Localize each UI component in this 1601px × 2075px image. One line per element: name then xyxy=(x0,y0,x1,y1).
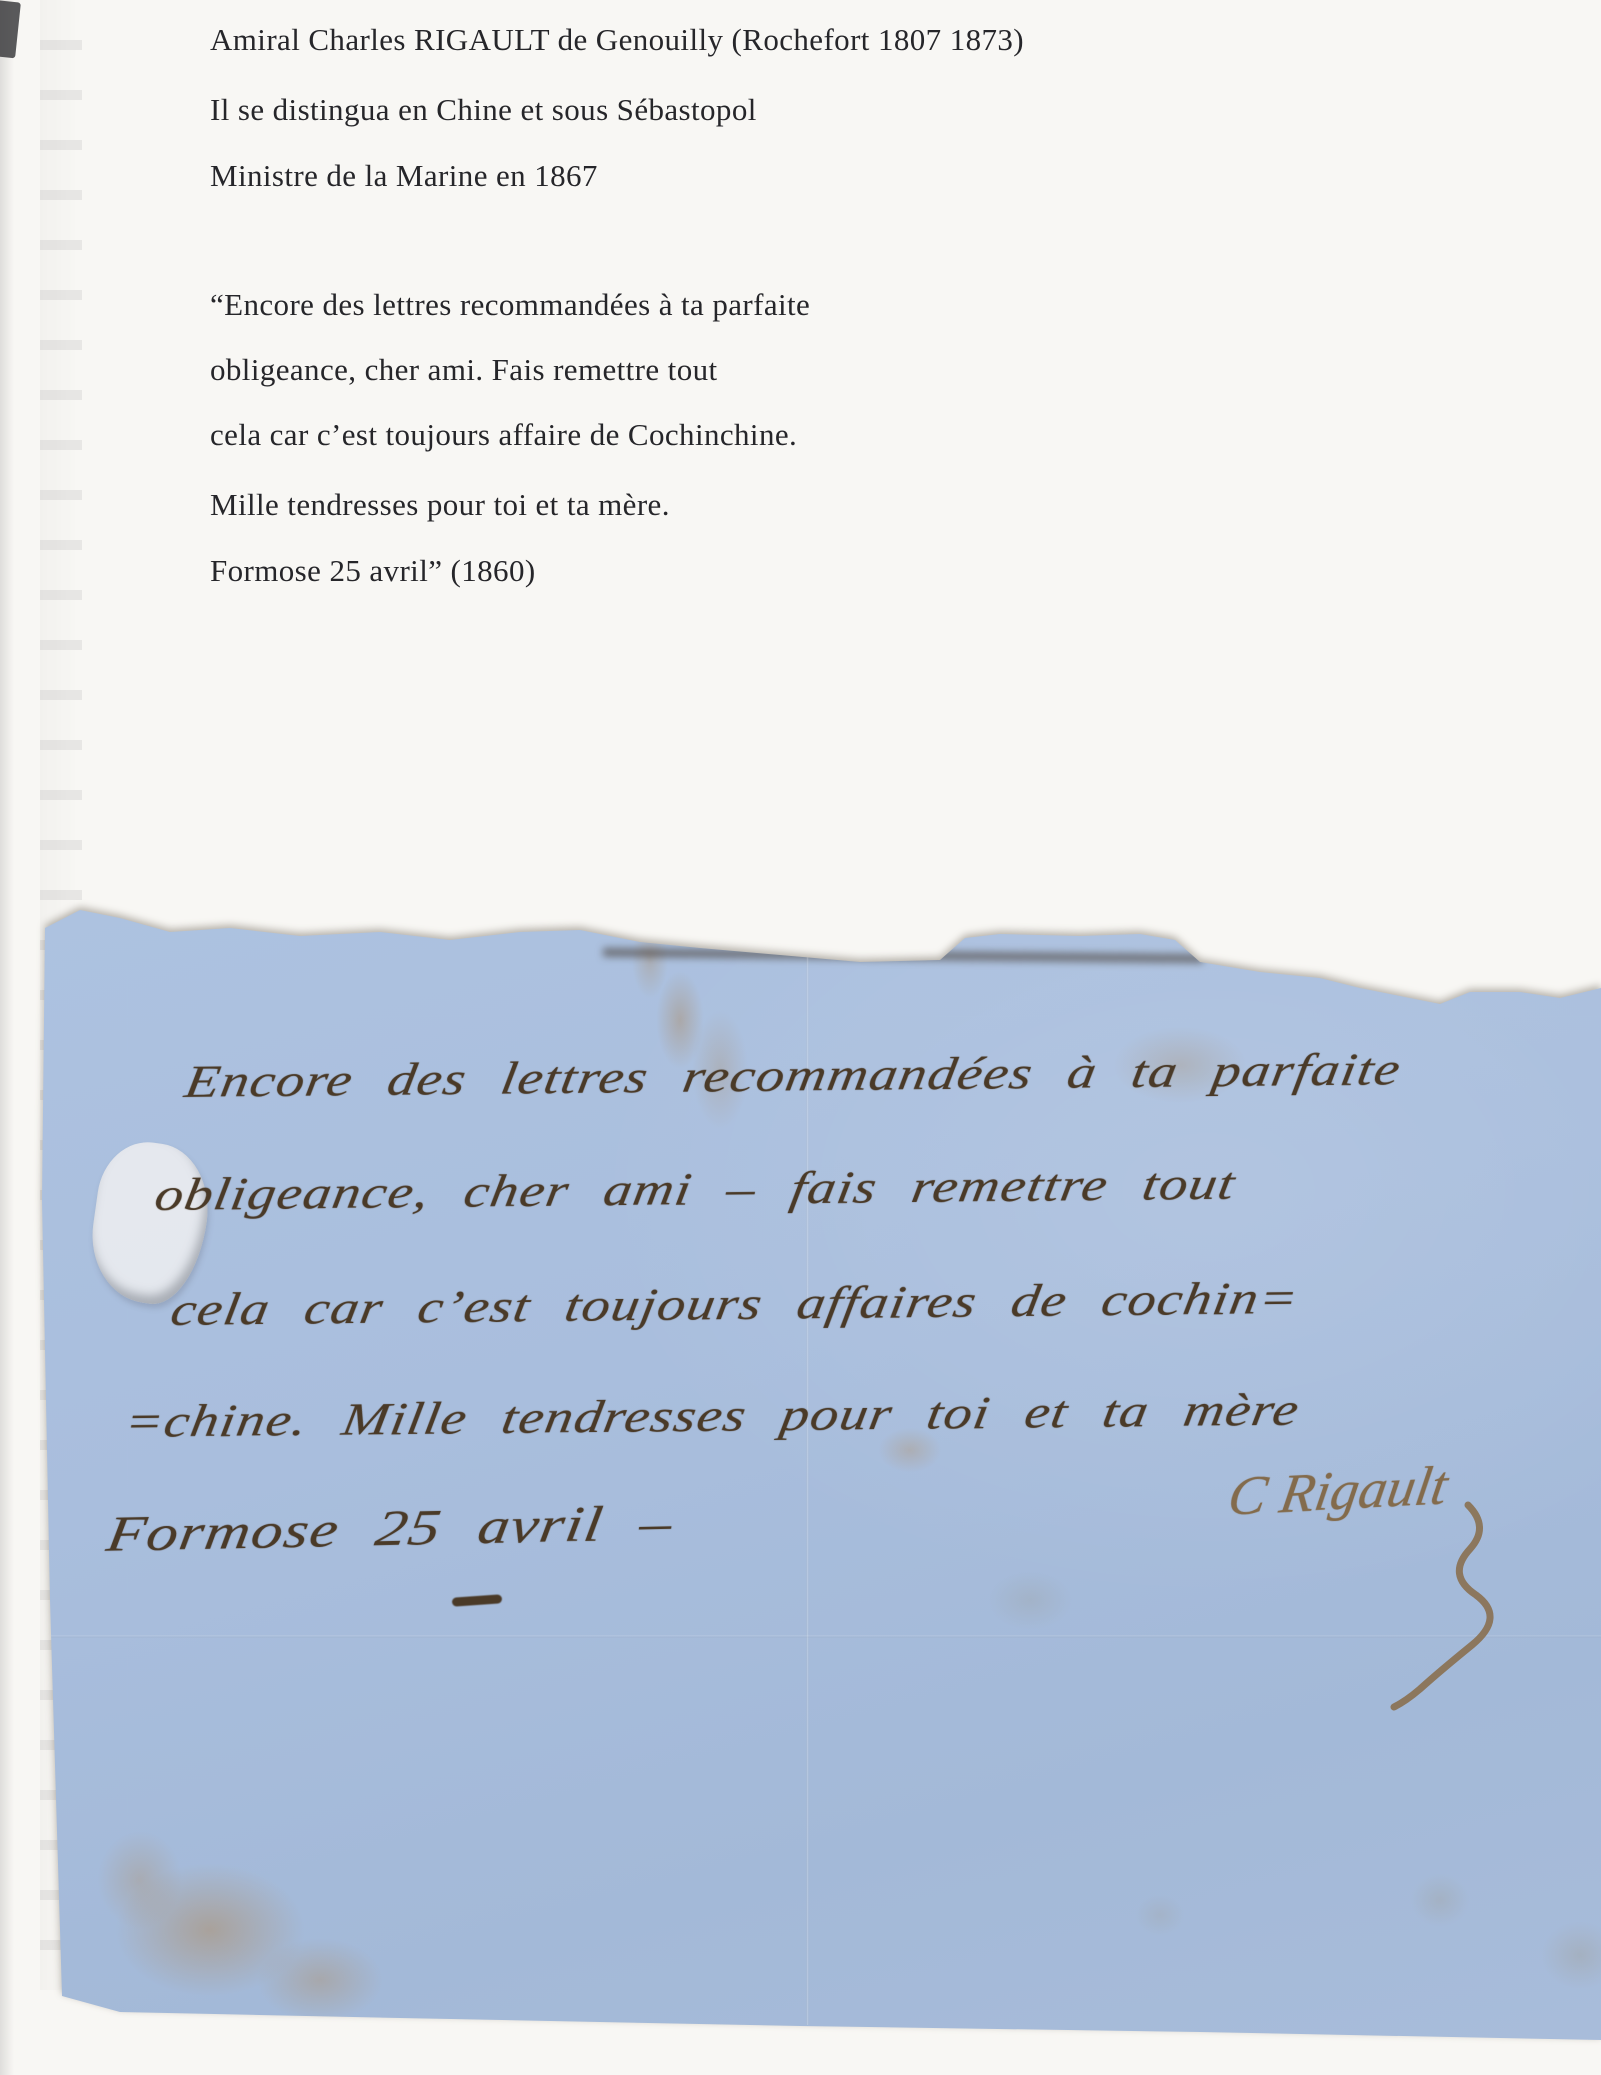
horizontal-fold-crease xyxy=(28,1635,1601,1638)
manuscript-blue-paper: Encore des lettres recommandées à ta par… xyxy=(28,905,1601,2045)
signature-flourish xyxy=(1378,1500,1558,1730)
handwritten-dateline: Formose 25 avril – xyxy=(103,1493,677,1563)
manuscript-paper-wrapper: Encore des lettres recommandées à ta par… xyxy=(0,0,1601,2075)
scanned-page: Amiral Charles RIGAULT de Genouilly (Roc… xyxy=(0,0,1601,2075)
